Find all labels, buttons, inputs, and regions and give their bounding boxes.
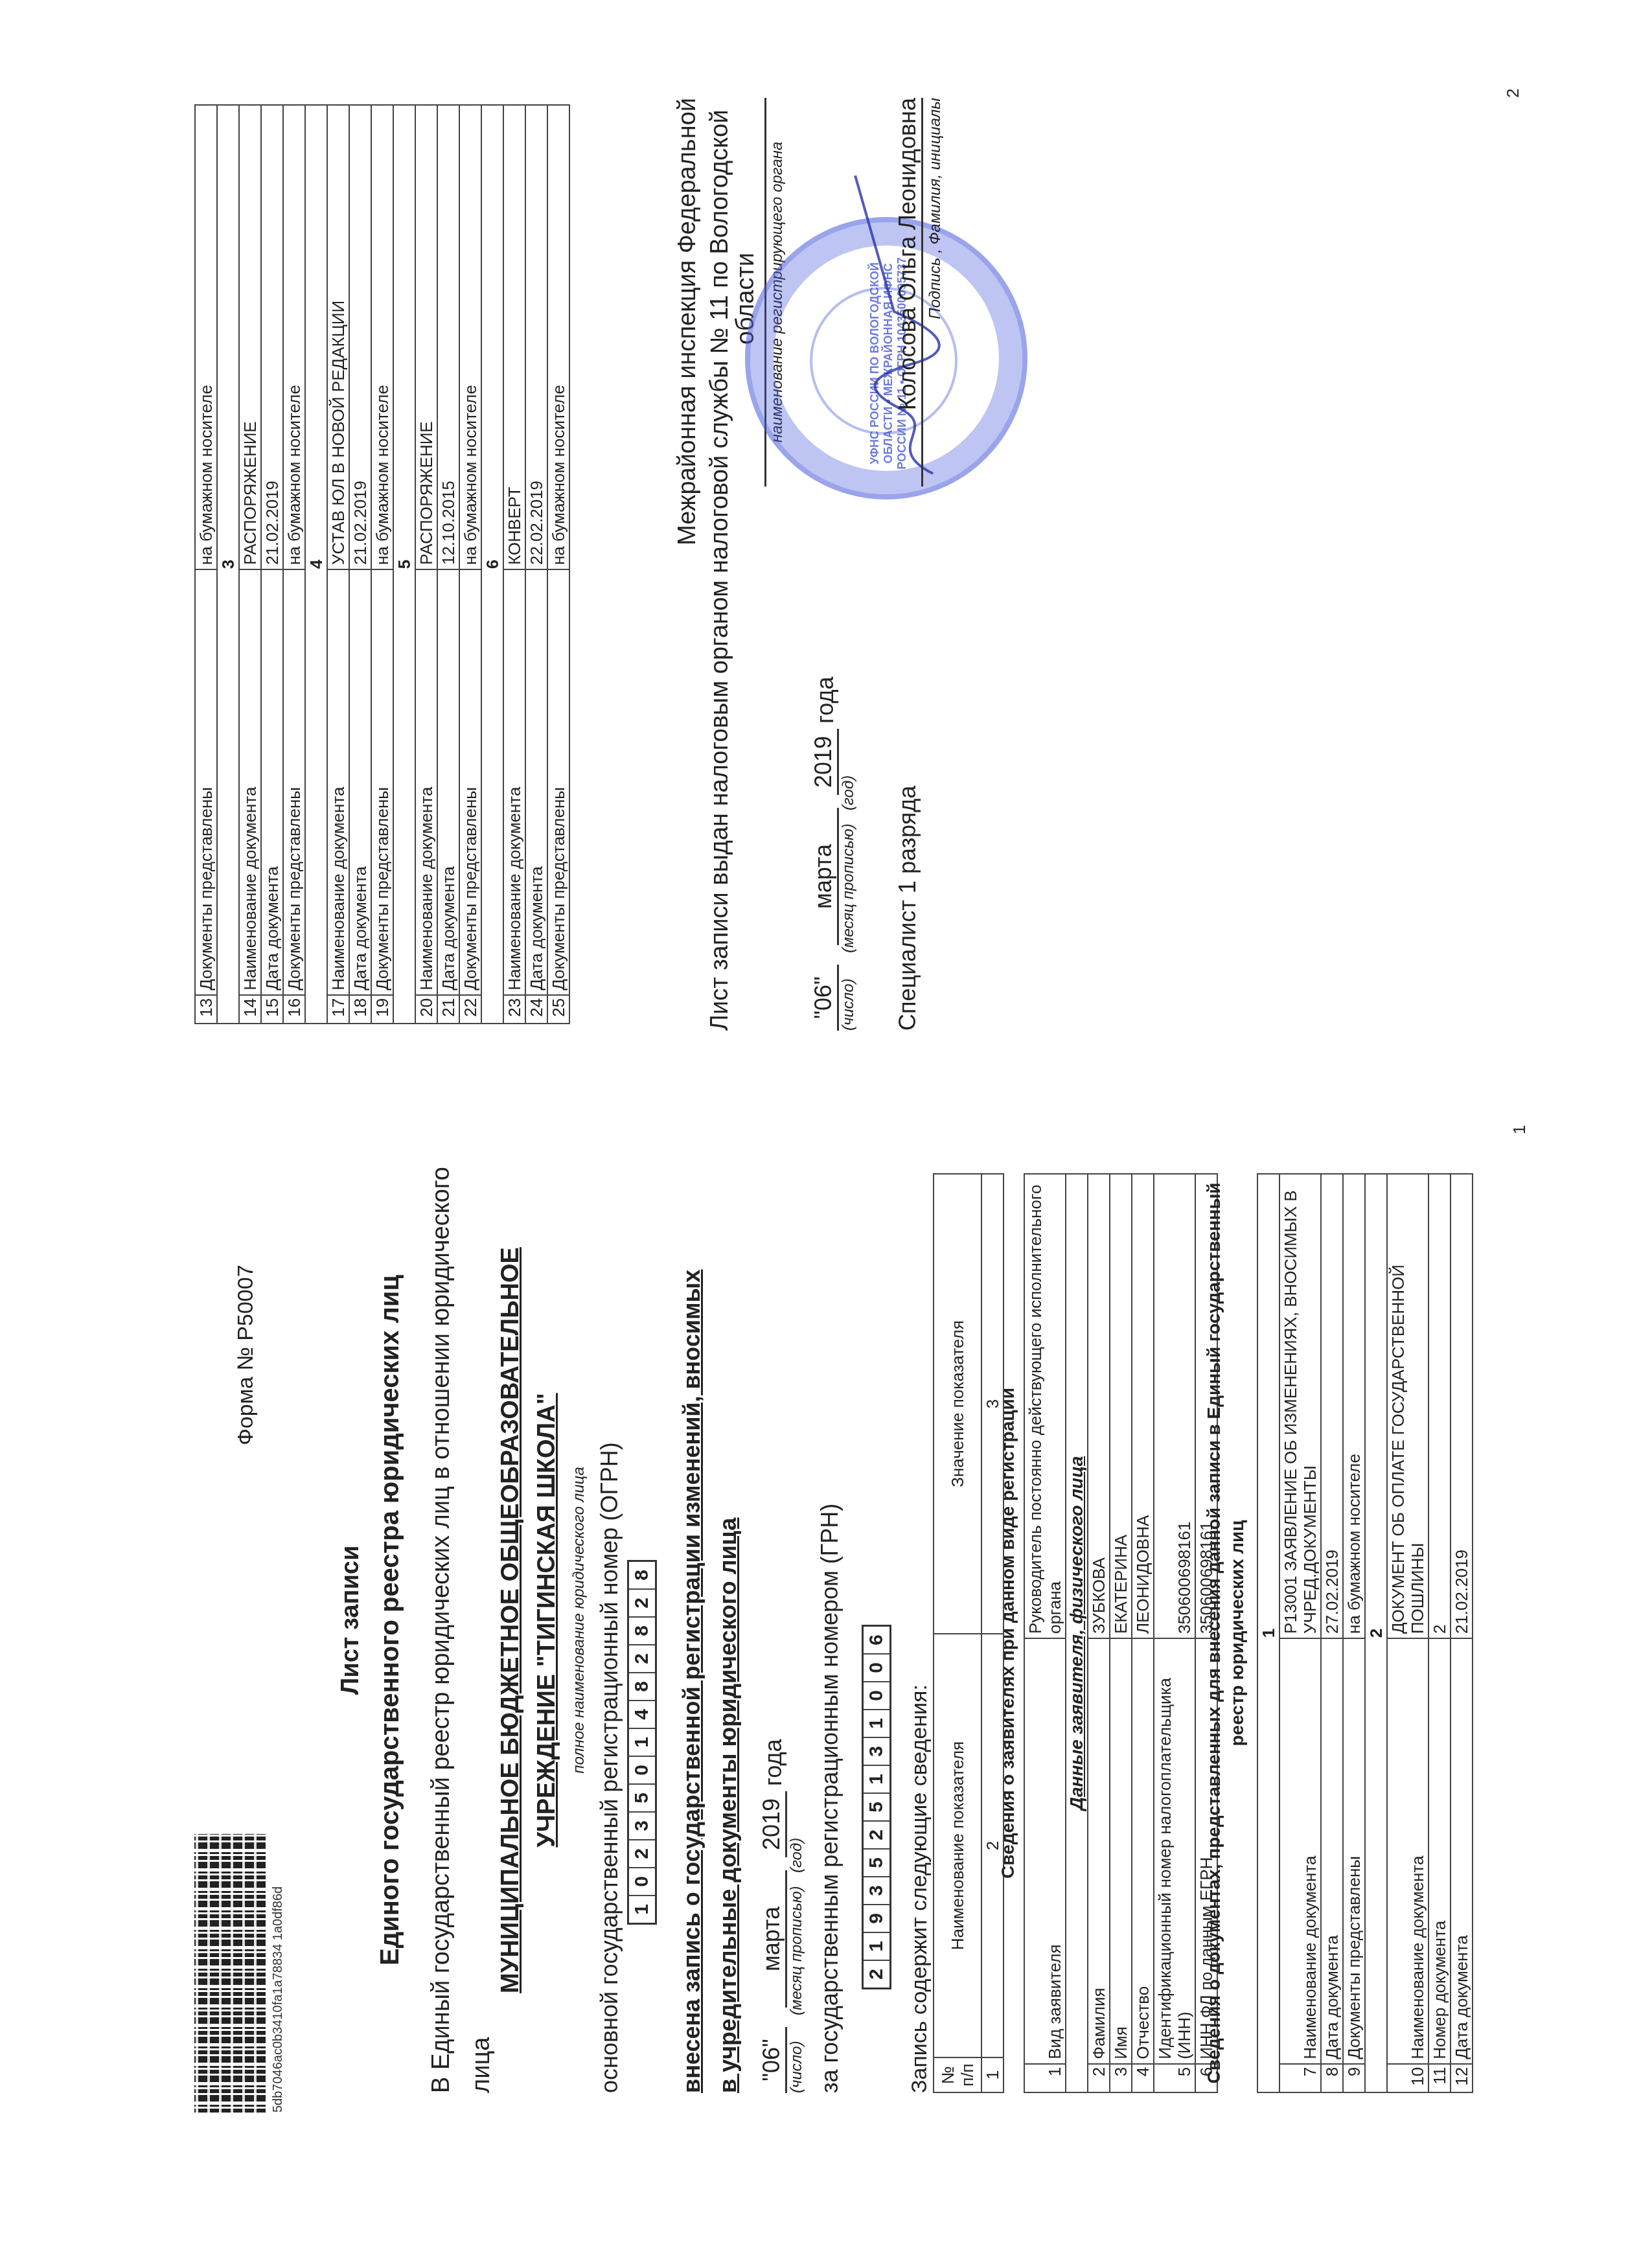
issuer-line-2: Лист записи выдан налоговым органом нало… [706,59,734,1031]
row-label: Дата документа [261,569,283,995]
document-group-number: 1 [1257,1174,1279,2092]
contains-label: Запись содержит следующие сведения: [907,1684,932,2093]
document-group-row: 2 [1365,1174,1387,2092]
row-label: Документы представлены [1343,1638,1365,2064]
row-value: 2 [1428,1174,1451,1638]
row-number: 7 [1279,2064,1321,2092]
signer-name: Колосова Ольга Леонидовна [894,98,923,487]
row-number: 24 [525,995,547,1024]
table-row: 16Документы представленына бумажном носи… [283,105,305,1024]
signer-caption: Подпись , Фамилия, инициалы [926,98,945,487]
row-number: 2 [1088,2064,1110,2092]
document-group-row: 5 [393,105,415,1024]
row-value: Р13001 ЗАЯВЛЕНИЕ ОБ ИЗМЕНЕНИЯХ, ВНОСИМЫХ… [1279,1174,1321,1638]
row-value: на бумажном носителе [371,105,393,569]
digit-cell: 5 [864,1848,889,1876]
issuer-line-3: области [732,72,760,525]
row-label: Имя [1110,1638,1132,2064]
row-label: Наименование документа [1387,1638,1428,2064]
organization-name: МУНИЦИПАЛЬНОЕ БЮДЖЕТНОЕ ОБЩЕОБРАЗОВАТЕЛЬ… [492,1238,565,2002]
applicants-section-title: Сведения о заявителях при данном виде ре… [998,1173,1018,2093]
row-number: 14 [239,995,261,1024]
digit-cell: 2 [629,1588,655,1616]
row-label: Наименование документа [503,569,525,995]
row-value: 21.02.2019 [1451,1174,1473,1638]
row-number: 1 [1024,2064,1066,2092]
row-value: 21.02.2019 [349,105,371,569]
row-value: 21.02.2019 [261,105,283,569]
row-value: УСТАВ ЮЛ В НОВОЙ РЕДАКЦИИ [327,105,349,569]
digit-cell: 5 [629,1783,655,1811]
row-number: 4 [1132,2064,1154,2092]
table-row: 2ФамилияЗУБКОВА [1088,1174,1110,2092]
digit-cell: 6 [864,1627,889,1653]
ogrn-label: основной государственный регистрационный… [596,1442,623,2093]
table-row: 11Номер документа2 [1428,1174,1451,2092]
digit-cell: 2 [864,1820,889,1848]
document-group-number: 3 [217,105,239,1024]
row-number: 20 [415,995,437,1024]
date-year: 2019 [810,729,839,795]
organization-name-caption: полное наименование юридического лица [570,1238,588,2002]
grn-digits: 2193525131006 [862,1625,891,1989]
row-label: Наименование документа [1279,1638,1321,2064]
document-group-row: 1 [1257,1174,1279,2092]
barcode-code: 5db7046ac0b3410fa1a78834 1a0df86d [271,1886,286,2113]
row-number: 3 [1110,2064,1132,2092]
date-year-suffix: года [812,676,839,729]
row-number: 25 [547,995,569,1024]
caption-year: (год) [788,1838,806,1873]
row-value: на бумажном носителе [1343,1174,1365,1638]
col-value-header: Значение показателя [934,1174,981,1634]
digit-cell: 0 [864,1653,889,1681]
row-number: 23 [503,995,525,1024]
entry-date-caption: (число) (месяц прописью) (год) [788,1838,806,2093]
grn-label: за государственным регистрационным номер… [816,1504,843,2093]
document-group-number: 6 [481,105,503,1024]
row-label: Дата документа [1451,1638,1473,2064]
row-label: Дата документа [349,569,371,995]
row-label: Документы представлены [547,569,569,995]
row-label: Наименование документа [415,569,437,995]
digit-cell: 3 [629,1811,655,1839]
row-label: Документы представлены [371,569,393,995]
digit-cell: 8 [629,1616,655,1644]
digit-cell: 0 [864,1681,889,1709]
table-row: 5Идентификационный номер налогоплательщи… [1154,1174,1195,2092]
document-title: Лист записи [337,1095,365,2145]
document-group-row: 3 [217,105,239,1024]
documents-table: 17Наименование документаР13001 ЗАЯВЛЕНИЕ… [1257,1173,1473,2093]
date-day: "06" [810,965,839,1031]
table-row: 3ИмяЕКАТЕРИНА [1110,1174,1132,2092]
table-row: 23Наименование документаКОНВЕРТ [503,105,525,1024]
page-1: 5db7046ac0b3410fa1a78834 1a0df86d Форма … [0,1095,1652,2145]
row-value: КОНВЕРТ [503,105,525,569]
table-row: 17Наименование документаУСТАВ ЮЛ В НОВОЙ… [327,105,349,1024]
documents-section-title: Сведения о документах, представленных дл… [1202,1173,1249,2093]
page-2: 13Документы представленына бумажном носи… [0,27,1652,1057]
digit-cell: 1 [864,1932,889,1960]
digit-cell: 1 [864,1709,889,1737]
row-label: Фамилия [1088,1638,1110,2064]
caption-month: (месяц прописью) [840,810,858,953]
row-number: 5 [1154,2064,1195,2092]
date-month: марта [758,1870,787,2008]
row-number: 21 [437,995,459,1024]
applicants-table: 1Вид заявителяРуководитель постоянно дей… [1024,1173,1218,2093]
table-row: 7Наименование документаР13001 ЗАЯВЛЕНИЕ … [1279,1174,1321,2092]
digit-cell: 2 [864,1960,889,1987]
table-row: 10Наименование документаДОКУМЕНТ ОБ ОПЛА… [1387,1174,1428,2092]
row-number: 19 [371,995,393,1024]
digit-cell: 3 [864,1737,889,1765]
signer-position: Специалист 1 разряда [894,786,921,1031]
digit-cell: 0 [629,1867,655,1895]
row-value: ЛЕОНИДОВНА [1132,1174,1154,1638]
row-value: на бумажном носителе [283,105,305,569]
digit-cell: 8 [629,1672,655,1700]
row-label: Дата документа [437,569,459,995]
row-value: на бумажном носителе [195,105,217,569]
document-group-row: 4 [305,105,327,1024]
section-row: Данные заявителя, физического лица [1066,1174,1088,2092]
document-subtitle: Единого государственного реестра юридиче… [376,1095,405,2145]
digit-cell: 0 [629,1756,655,1783]
row-label: Наименование документа [327,569,349,995]
intro-text: В Единый государственный реестр юридичес… [421,1121,501,2093]
digit-cell: 2 [629,1839,655,1867]
row-number: 18 [349,995,371,1024]
table-row: 22Документы представленына бумажном носи… [459,105,481,1024]
row-number: 22 [459,995,481,1024]
table-row: 15Дата документа21.02.2019 [261,105,283,1024]
row-number: 10 [1387,2064,1428,2092]
digit-cell: 8 [629,1562,655,1588]
row-value: на бумажном носителе [459,105,481,569]
digit-cell: 9 [864,1904,889,1932]
page-number: 1 [1509,1125,1530,1134]
table-row: 24Дата документа22.02.2019 [525,105,547,1024]
row-number: 15 [261,995,283,1024]
row-value: РАСПОРЯЖЕНИЕ [415,105,437,569]
row-number: 11 [1428,2064,1451,2092]
row-value: ДОКУМЕНТ ОБ ОПЛАТЕ ГОСУДАРСТВЕННОЙ ПОШЛИ… [1387,1174,1428,1638]
row-value: 27.02.2019 [1321,1174,1343,1638]
row-number: 8 [1321,2064,1343,2092]
document-group-number: 5 [393,105,415,1024]
row-value: ЕКАТЕРИНА [1110,1174,1132,1638]
col-name-header: Наименование показателя [934,1634,981,2057]
row-label: Дата документа [1321,1638,1343,2064]
row-number: 17 [327,995,349,1024]
documents-table-continued: 13Документы представленына бумажном носи… [194,104,570,1024]
date-year-suffix: года [760,1739,787,1791]
table-row: 19Документы представленына бумажном носи… [371,105,393,1024]
table-row: 21Дата документа12.10.2015 [437,105,459,1024]
date-day: "06" [758,2027,787,2093]
digit-cell: 3 [864,1876,889,1904]
row-number: 16 [283,995,305,1024]
document-group-number: 4 [305,105,327,1024]
table-row: 14Наименование документаРАСПОРЯЖЕНИЕ [239,105,261,1024]
row-label: Номер документа [1428,1638,1451,2064]
row-value: ЗУБКОВА [1088,1174,1110,1638]
col-number-header: № п/п [934,2057,981,2092]
document-group-number: 2 [1365,1174,1387,2092]
row-label: Документы представлены [283,569,305,995]
row-label: Отчество [1132,1638,1154,2064]
row-label: Вид заявителя [1024,1638,1066,2064]
digit-cell: 2 [629,1644,655,1672]
header-table: № п/п Наименование показателя Значение п… [933,1173,1004,2093]
caption-day: (число) [840,953,858,1031]
table-row: 18Дата документа21.02.2019 [349,105,371,1024]
table-row: 20Наименование документаРАСПОРЯЖЕНИЕ [415,105,437,1024]
section-heading: Данные заявителя, физического лица [1066,1174,1088,2092]
issue-date: "06" марта 2019 года [810,676,839,1031]
digit-cell: 1 [629,1728,655,1756]
table-row: 25Документы представленына бумажном носи… [547,105,569,1024]
digit-cell: 1 [629,1895,655,1923]
caption-month: (месяц прописью) [788,1873,806,2015]
entry-date: "06" марта 2019 года [758,1739,787,2093]
table-row: 12Дата документа21.02.2019 [1451,1174,1473,2092]
table-row: 9Документы представленына бумажном носит… [1343,1174,1365,2092]
row-value: на бумажном носителе [547,105,569,569]
date-year: 2019 [758,1791,787,1857]
row-number: 9 [1343,2064,1365,2092]
row-value: 350600698161 [1154,1174,1195,1638]
row-label: Документы представлены [459,569,481,995]
row-label: Наименование документа [239,569,261,995]
digit-cell: 1 [864,1765,889,1793]
table-row: 13Документы представленына бумажном носи… [195,105,217,1024]
digit-cell: 5 [864,1793,889,1820]
row-value: РАСПОРЯЖЕНИЕ [239,105,261,569]
date-month: марта [810,808,839,945]
digit-cell: 4 [629,1700,655,1728]
entry-title: внесена запись о государственной регистр… [674,1251,746,2093]
caption-year: (год) [840,775,858,810]
table-row: 4ОтчествоЛЕОНИДОВНА [1132,1174,1154,2092]
row-label: Идентификационный номер налогоплательщик… [1154,1638,1195,2064]
ogrn-digits: 1023501482828 [627,1560,657,1925]
row-label: Документы представлены [195,569,217,995]
barcode-pattern [194,1834,266,2113]
issuer-line-1: Межрайонная инспекция Федеральной [674,46,702,1057]
caption-day: (число) [788,2015,806,2093]
row-value: 12.10.2015 [437,105,459,569]
form-number: Форма № Р50007 [233,1265,258,1445]
row-value: 22.02.2019 [525,105,547,569]
table-row: 8Дата документа27.02.2019 [1321,1174,1343,2092]
issue-date-caption: (число) (месяц прописью) (год) [840,775,858,1031]
table-row: 1Вид заявителяРуководитель постоянно дей… [1024,1174,1066,2092]
document-group-row: 6 [481,105,503,1024]
row-number: 12 [1451,2064,1473,2092]
page-number: 2 [1503,89,1523,98]
row-number: 13 [195,995,217,1024]
record-sheet-spread: 5db7046ac0b3410fa1a78834 1a0df86d Форма … [0,0,1652,2268]
row-label: Дата документа [525,569,547,995]
row-value: Руководитель постоянно действующего испо… [1024,1174,1066,1638]
